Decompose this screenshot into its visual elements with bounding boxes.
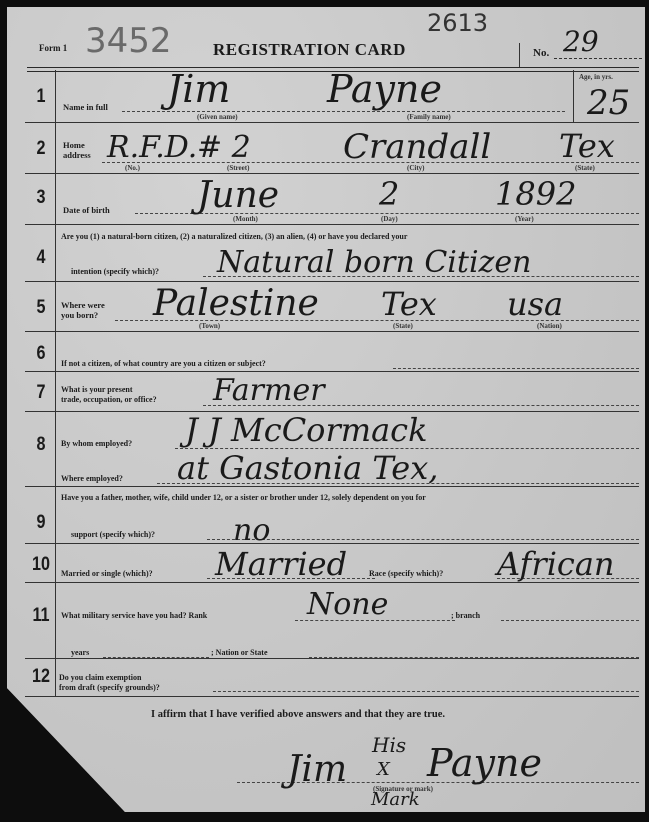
pencil-number: 3452 bbox=[85, 21, 172, 61]
row-number-9: 9 bbox=[27, 512, 56, 534]
occupation-label-2: trade, occupation, or office? bbox=[61, 395, 157, 405]
employer-value: J J McCormack bbox=[185, 411, 427, 449]
row-divider bbox=[25, 696, 639, 697]
row-divider bbox=[25, 486, 639, 487]
exemption-line bbox=[213, 691, 639, 692]
marital-label: Married or single (which)? bbox=[61, 569, 153, 579]
year-caption: (Year) bbox=[515, 215, 534, 223]
row-divider bbox=[25, 173, 639, 174]
signature-x-mark: X bbox=[377, 759, 390, 780]
foreign-citizenship-label: If not a citizen, of what country are yo… bbox=[61, 359, 266, 369]
row-divider bbox=[25, 224, 639, 225]
occupation-label-1: What is your present bbox=[61, 385, 133, 395]
years-label: years bbox=[71, 648, 89, 658]
age-label: Age, in yrs. bbox=[579, 73, 613, 81]
row-number-4: 4 bbox=[27, 247, 56, 269]
row-number-10: 10 bbox=[27, 554, 56, 576]
state-caption: (State) bbox=[575, 164, 595, 172]
city-caption: (City) bbox=[407, 164, 425, 172]
row-number-1: 1 bbox=[27, 86, 56, 108]
no-caption: (No.) bbox=[125, 164, 140, 172]
marital-value: Married bbox=[215, 545, 347, 583]
exemption-label-1: Do you claim exemption bbox=[59, 673, 141, 683]
age-column-divider bbox=[573, 70, 574, 122]
foreign-citizenship-line bbox=[393, 368, 639, 369]
form-number-label: Form 1 bbox=[39, 43, 67, 53]
row-divider bbox=[25, 658, 639, 659]
address-street-value: # 2 bbox=[197, 130, 251, 165]
race-label: Race (specify which)? bbox=[369, 569, 443, 579]
dob-label: Date of birth bbox=[63, 205, 110, 215]
given-name-caption: (Given name) bbox=[197, 113, 238, 121]
state-caption: (State) bbox=[393, 322, 413, 330]
address-state-value: Tex bbox=[559, 127, 615, 165]
branch-line bbox=[501, 620, 639, 621]
given-name-value: Jim bbox=[167, 67, 230, 111]
military-label: What military service have you had? Rank bbox=[61, 611, 207, 621]
address-city-value: Crandall bbox=[343, 127, 491, 167]
rank-value: None bbox=[307, 587, 388, 622]
registration-card: Form 1 3452 2613 REGISTRATION CARD No. 2… bbox=[7, 7, 645, 812]
birth-town-value: Palestine bbox=[153, 283, 319, 324]
header-divider bbox=[519, 43, 520, 67]
branch-label: ; branch bbox=[451, 611, 480, 621]
day-caption: (Day) bbox=[381, 215, 398, 223]
family-name-caption: (Family name) bbox=[407, 113, 451, 121]
no-label: No. bbox=[533, 47, 549, 59]
dob-year-value: 1892 bbox=[495, 175, 576, 213]
row-divider bbox=[25, 371, 639, 372]
card-no-value: 29 bbox=[563, 25, 599, 58]
name-line bbox=[122, 111, 565, 112]
no-line bbox=[554, 58, 642, 59]
row-number-8: 8 bbox=[27, 434, 56, 456]
row-divider bbox=[25, 122, 639, 123]
town-caption: (Town) bbox=[199, 322, 220, 330]
citizenship-intention-label: intention (specify which)? bbox=[71, 267, 159, 277]
row-number-3: 3 bbox=[27, 187, 56, 209]
exemption-label-2: from draft (specify grounds)? bbox=[59, 683, 160, 693]
dependents-question: Have you a father, mother, wife, child u… bbox=[61, 493, 426, 503]
dependents-line bbox=[207, 539, 639, 540]
occupation-value: Farmer bbox=[213, 373, 325, 408]
street-caption: (Street) bbox=[227, 164, 249, 172]
name-label: Name in full bbox=[63, 102, 108, 112]
row-divider bbox=[25, 582, 639, 583]
birthplace-label-1: Where were bbox=[61, 300, 105, 310]
family-name-value: Payne bbox=[327, 67, 442, 111]
row-divider bbox=[25, 281, 639, 282]
home-label: Home bbox=[63, 140, 85, 150]
nation-state-label: ; Nation or State bbox=[211, 648, 268, 658]
employment-place-label: Where employed? bbox=[61, 474, 123, 484]
address-label: address bbox=[63, 150, 91, 160]
citizenship-question: Are you (1) a natural-born citizen, (2) … bbox=[61, 232, 407, 242]
address-no-value: R.F.D. bbox=[107, 130, 197, 165]
row-number-12: 12 bbox=[27, 666, 56, 688]
row-number-6: 6 bbox=[27, 343, 56, 365]
dob-month-value: June bbox=[197, 175, 279, 216]
affirmation-text: I affirm that I have verified above answ… bbox=[151, 709, 445, 720]
serial-number: 2613 bbox=[427, 9, 488, 37]
birth-nation-value: usa bbox=[507, 285, 563, 323]
signature-first-name: Jim bbox=[287, 749, 347, 790]
race-value: African bbox=[497, 545, 615, 583]
dob-day-value: 2 bbox=[379, 175, 399, 213]
row-divider bbox=[25, 543, 639, 544]
row-number-5: 5 bbox=[27, 297, 56, 319]
employment-place-value: at Gastonia Tex, bbox=[177, 449, 438, 487]
signature-his: His bbox=[372, 733, 406, 757]
card-title: REGISTRATION CARD bbox=[213, 40, 406, 60]
row-number-7: 7 bbox=[27, 382, 56, 404]
signature-mark-word: Mark bbox=[371, 789, 420, 810]
age-value: 25 bbox=[587, 83, 630, 123]
row-divider bbox=[25, 331, 639, 332]
citizenship-value: Natural born Citizen bbox=[217, 245, 531, 280]
month-caption: (Month) bbox=[233, 215, 258, 223]
birthplace-label-2: you born? bbox=[61, 310, 98, 320]
nation-caption: (Nation) bbox=[537, 322, 562, 330]
birth-state-value: Tex bbox=[381, 285, 437, 323]
dependents-support-label: support (specify which)? bbox=[71, 530, 155, 540]
row-number-11: 11 bbox=[27, 605, 56, 627]
row-number-2: 2 bbox=[27, 138, 56, 160]
employer-label: By whom employed? bbox=[61, 439, 132, 449]
signature-last-name: Payne bbox=[427, 741, 542, 785]
